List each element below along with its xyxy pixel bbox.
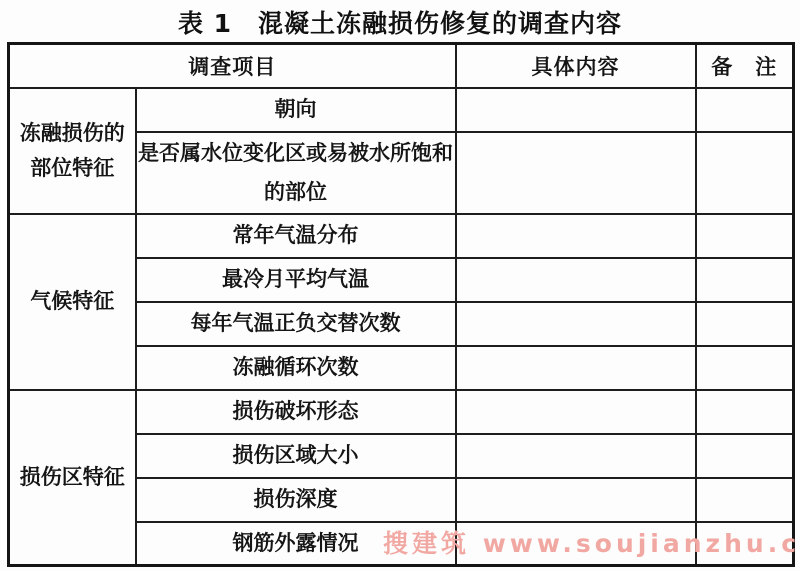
table-row: 冻融损伤的部位特征 朝向 (9, 88, 794, 132)
item-cell-orientation: 朝向 (136, 88, 456, 132)
item-cell-damage-depth: 损伤深度 (136, 478, 456, 522)
content-cell (456, 478, 696, 522)
document-page: 表 1 混凝土冻融损伤修复的调查内容 调查项目 具体内容 备 注 冻融损伤的部位… (0, 0, 800, 571)
content-cell (456, 346, 696, 390)
item-cell-exposed-rebar: 钢筋外露情况 (136, 522, 456, 566)
table-title: 表 1 混凝土冻融损伤修复的调查内容 (0, 4, 800, 40)
content-cell (456, 302, 696, 346)
header-row: 调查项目 具体内容 备 注 (9, 44, 794, 88)
content-cell (456, 522, 696, 566)
col-header-specific-content: 具体内容 (456, 44, 696, 88)
item-cell-damage-form: 损伤破坏形态 (136, 390, 456, 434)
item-cell-freeze-thaw-alternations: 每年气温正负交替次数 (136, 302, 456, 346)
survey-table: 调查项目 具体内容 备 注 冻融损伤的部位特征 朝向 是否属水位变化区或易被水所… (7, 42, 795, 567)
col-header-survey-items: 调查项目 (9, 44, 456, 88)
table-row: 气候特征 常年气温分布 (9, 214, 794, 258)
remark-cell (696, 132, 794, 214)
remark-cell (696, 522, 794, 566)
remark-cell (696, 478, 794, 522)
table-row: 损伤区特征 损伤破坏形态 (9, 390, 794, 434)
content-cell (456, 434, 696, 478)
item-cell-freeze-thaw-cycles: 冻融循环次数 (136, 346, 456, 390)
content-cell (456, 88, 696, 132)
section-label-damage-location: 冻融损伤的部位特征 (9, 88, 136, 214)
content-cell (456, 390, 696, 434)
item-cell-annual-temperature: 常年气温分布 (136, 214, 456, 258)
item-cell-water-level-zone: 是否属水位变化区或易被水所饱和的部位 (136, 132, 456, 214)
item-cell-damage-area-size: 损伤区域大小 (136, 434, 456, 478)
remark-cell (696, 214, 794, 258)
section-label-damage-zone: 损伤区特征 (9, 390, 136, 566)
content-cell (456, 258, 696, 302)
remark-cell (696, 88, 794, 132)
remark-cell (696, 346, 794, 390)
remark-cell (696, 302, 794, 346)
section-label-climate: 气候特征 (9, 214, 136, 390)
content-cell (456, 214, 696, 258)
remark-cell (696, 258, 794, 302)
content-cell (456, 132, 696, 214)
remark-cell (696, 434, 794, 478)
col-header-remarks: 备 注 (696, 44, 794, 88)
remark-cell (696, 390, 794, 434)
item-cell-coldest-month-mean: 最冷月平均气温 (136, 258, 456, 302)
